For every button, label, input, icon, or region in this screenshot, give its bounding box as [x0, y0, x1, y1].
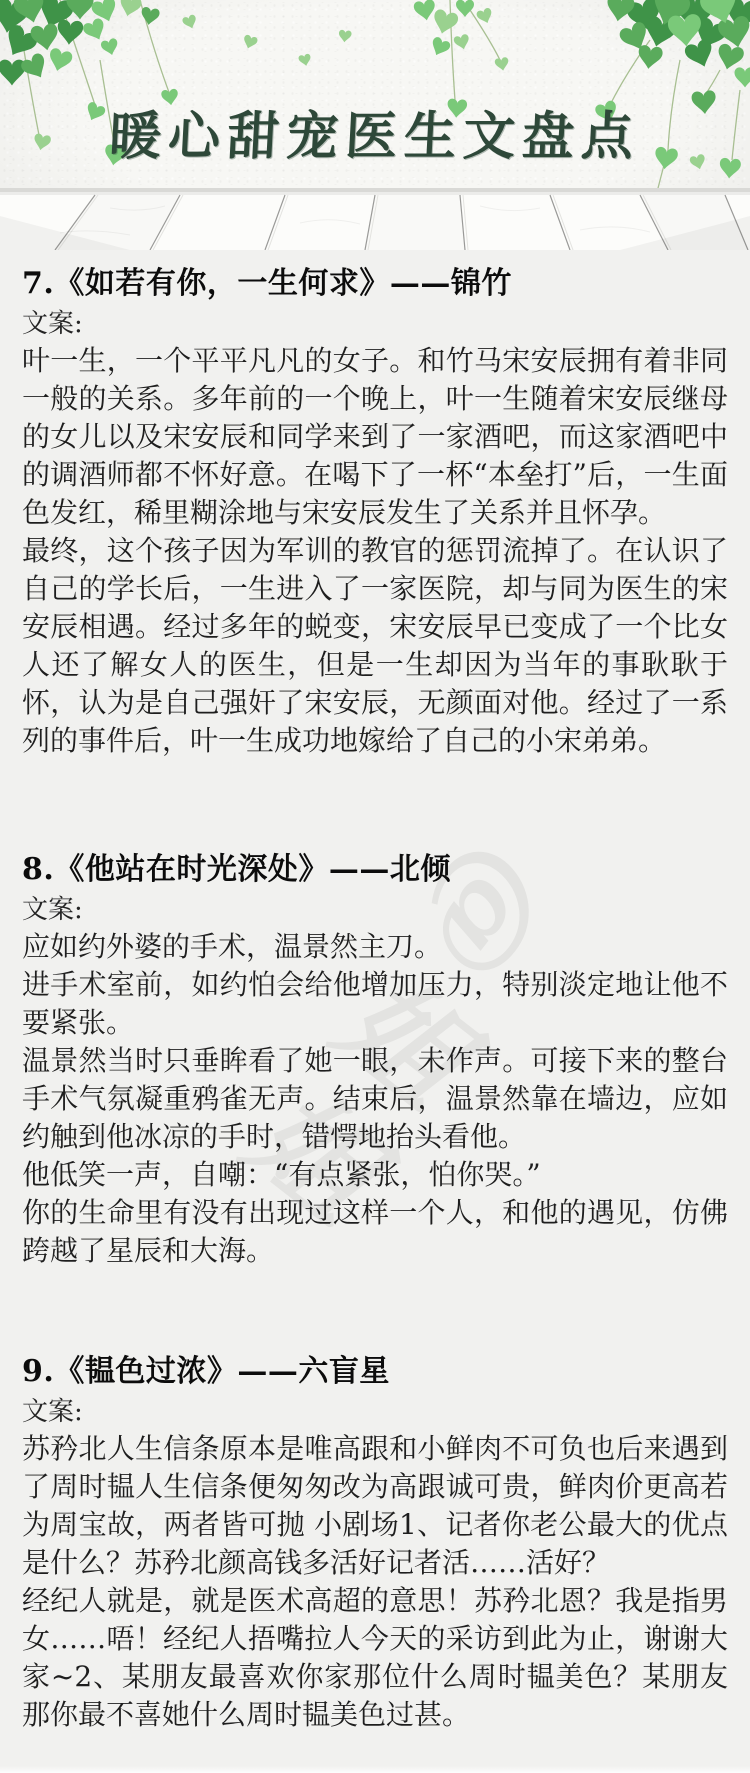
book-8-number: 8.《: [22, 852, 85, 887]
book-8-paragraph-2: 进手术室前，如约怕会给他增加压力，特别淡定地让他不要紧张。: [22, 966, 728, 1042]
book-9-title: 韫色过浓: [85, 1354, 207, 1389]
book-entry-8: 8.《他站在时光深处》——北倾 文案: 应如约外婆的手术，温景然主刀。 进手术室…: [22, 848, 728, 1270]
wood-floor: [0, 188, 750, 250]
book-8-paragraph-5: 你的生命里有没有出现过这样一个人，和他的遇见，仿佛跨越了星辰和大海。: [22, 1194, 728, 1270]
book-9-paragraph-2: 经纪人就是，就是医术高超的意思！苏矜北恩？我是指男女……唔！经纪人捂嘴拉人今天的…: [22, 1582, 728, 1734]
book-8-paragraph-3: 温景然当时只垂眸看了她一眼，未作声。可接下来的整台手术气氛凝重鸦雀无声。结束后，…: [22, 1042, 728, 1156]
book-8-copy-label: 文案:: [22, 892, 728, 928]
page-title: 暖心甜宠医生文盘点: [0, 94, 750, 169]
book-7-title: 如若有你，一生何求: [85, 266, 360, 301]
image-bottom-edge: [0, 1766, 750, 1773]
book-9-number: 9.《: [22, 1354, 85, 1389]
book-entry-7: 7.《如若有你，一生何求》——锦竹 文案: 叶一生，一个平平凡凡的女子。和竹马宋…: [22, 262, 728, 760]
booklist-content: @姐姐 7.《如若有你，一生何求》——锦竹 文案: 叶一生，一个平平凡凡的女子。…: [0, 262, 750, 1734]
book-8-title: 他站在时光深处: [85, 852, 299, 887]
book-9-heading: 9.《韫色过浓》——六盲星: [22, 1350, 728, 1394]
book-8-paragraph-1: 应如约外婆的手术，温景然主刀。: [22, 928, 728, 966]
book-7-paragraph-1: 叶一生，一个平平凡凡的女子。和竹马宋安辰拥有着非同一般的关系。多年前的一个晚上，…: [22, 342, 728, 532]
book-7-author: 》——锦竹: [359, 266, 512, 301]
book-entry-9: 9.《韫色过浓》——六盲星 文案: 苏矜北人生信条原本是唯高跟和小鲜肉不可负也后…: [22, 1350, 728, 1734]
book-8-paragraph-4: 他低笑一声，自嘲：“有点紧张，怕你哭。”: [22, 1156, 728, 1194]
book-7-copy-label: 文案:: [22, 306, 728, 342]
book-7-paragraph-2: 最终，这个孩子因为军训的教官的惩罚流掉了。在认识了自己的学长后，一生进入了一家医…: [22, 532, 728, 760]
book-9-paragraph-1: 苏矜北人生信条原本是唯高跟和小鲜肉不可负也后来遇到了周时韫人生信条便匆匆改为高跟…: [22, 1430, 728, 1582]
book-7-number: 7.《: [22, 266, 85, 301]
book-8-author: 》——北倾: [298, 852, 451, 887]
book-9-copy-label: 文案:: [22, 1394, 728, 1430]
book-7-heading: 7.《如若有你，一生何求》——锦竹: [22, 262, 728, 306]
poster-page: 暖心甜宠医生文盘点: [0, 0, 750, 1773]
book-8-heading: 8.《他站在时光深处》——北倾: [22, 848, 728, 892]
header-banner: 暖心甜宠医生文盘点: [0, 0, 750, 250]
book-9-author: 》——六盲星: [207, 1354, 390, 1389]
